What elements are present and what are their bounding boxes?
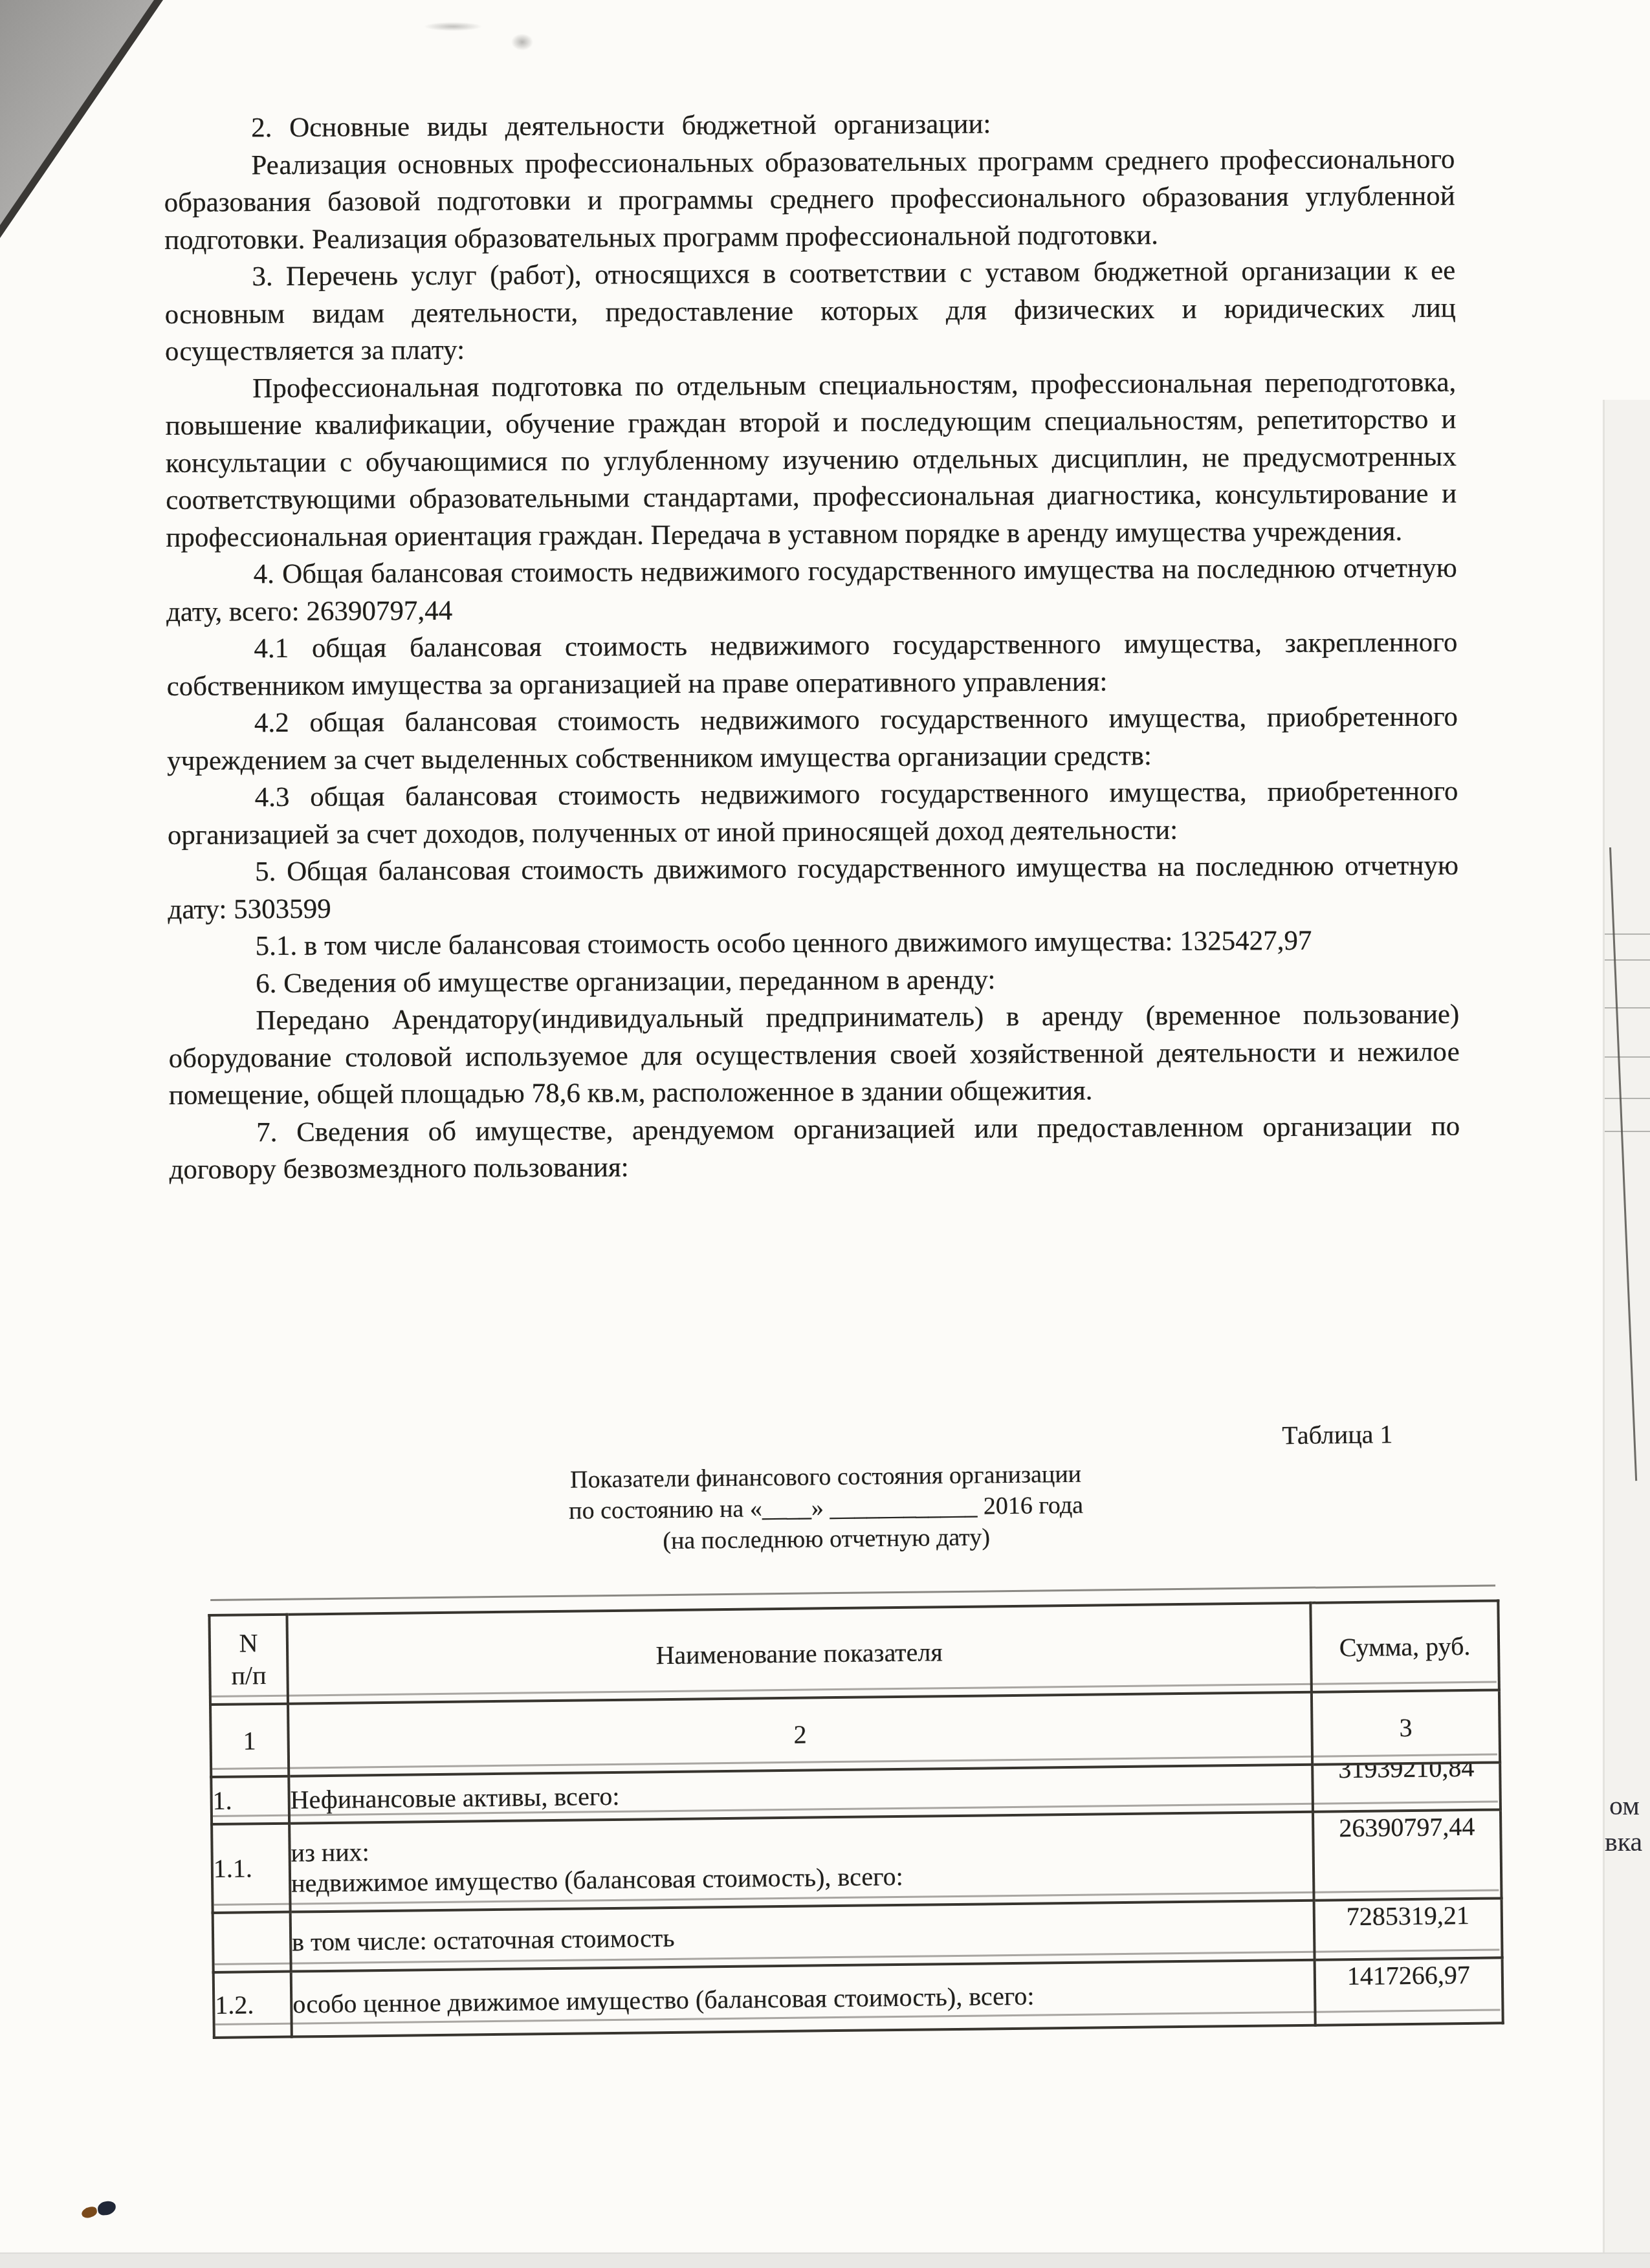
underlying-table-line: [1605, 1131, 1650, 1132]
ink-speck-dark: [97, 2201, 116, 2216]
header-num-line2: п/п: [231, 1661, 266, 1690]
para-item-4-3: 4.3 общая балансовая стоимость недвижимо…: [167, 773, 1458, 854]
header-cell-num: N п/п: [209, 1615, 288, 1705]
row-name-cell: особо ценное движимое имущество (балансо…: [291, 1960, 1315, 2037]
ink-speck-brown: [81, 2206, 98, 2219]
scanned-document-page: ом вка 2. Основные виды деятельности бюд…: [0, 0, 1650, 2268]
scan-smudge: [511, 34, 533, 50]
table-header-row: N п/п Наименование показателя Сумма, руб…: [209, 1600, 1499, 1705]
scan-smudge: [424, 22, 482, 31]
row-sum-cell: 26390797,44: [1313, 1809, 1502, 1900]
financial-indicators-table: N п/п Наименование показателя Сумма, руб…: [208, 1599, 1504, 2039]
row-sum-value: 1417266,97: [1347, 1960, 1470, 1990]
para-item-5-1: 5.1. в том числе балансовая стоимость ос…: [168, 922, 1459, 966]
document-body: 2. Основные виды деятельности бюджетной …: [164, 104, 1460, 1189]
para-item-7: 7. Сведения об имуществе, арендуемом орг…: [169, 1107, 1460, 1188]
scanner-edge-band: [0, 2252, 1650, 2268]
para-item-4: 4. Общая балансовая стоимость недвижимог…: [166, 550, 1458, 631]
column-number-cell: 2: [288, 1692, 1312, 1776]
para-activities-heading: 2. Основные виды деятельности бюджетной …: [164, 104, 1455, 147]
para-item-6-text: Передано Арендатору(индивидуальный предп…: [168, 996, 1460, 1115]
row-name-cell: в том числе: остаточная стоимость: [291, 1901, 1315, 1972]
row-sum-cell: 1417266,97: [1315, 1957, 1503, 2025]
para-item-6: 6. Сведения об имуществе организации, пе…: [168, 959, 1459, 1003]
column-number-cell: 3: [1312, 1690, 1500, 1764]
para-item-4-1: 4.1 общая балансовая стоимость недвижимо…: [166, 624, 1458, 705]
para-services-heading: 3. Перечень услуг (работ), относящихся в…: [164, 252, 1456, 371]
row-name-text: Нефинансовые активы, всего:: [290, 1773, 1311, 1815]
table-ghost-line: [210, 1584, 1495, 1601]
header-cell-sum: Сумма, руб.: [1310, 1600, 1499, 1692]
header-num-line1: N: [239, 1628, 258, 1657]
row-sum-cell: 31939210,84: [1312, 1762, 1501, 1811]
row-name-text: в том числе: остаточная стоимость: [292, 1915, 1313, 1957]
table-title: Показатели финансового состояния организ…: [1, 1452, 1650, 1564]
header-cell-name: Наименование показателя: [287, 1603, 1311, 1704]
para-item-5: 5. Общая балансовая стоимость движимого …: [168, 847, 1459, 928]
row-num-cell: 1.2.: [214, 1972, 292, 2038]
underlying-table-line: [1605, 1007, 1650, 1009]
table-row: 1.1. из них: недвижимое имущество (балан…: [212, 1809, 1501, 1913]
row-sum-value: 26390797,44: [1339, 1812, 1475, 1842]
row-sum-value: 31939210,84: [1338, 1762, 1475, 1784]
para-item-4-2: 4.2 общая балансовая стоимость недвижимо…: [167, 699, 1458, 780]
row-sum-cell: 7285319,21: [1314, 1898, 1502, 1959]
underlying-table-line: [1605, 1056, 1650, 1058]
underlying-table-line: [1605, 1098, 1650, 1099]
column-number-cell: 1: [210, 1704, 289, 1777]
row-name-text: особо ценное движимое имущество (балансо…: [292, 1978, 1314, 2020]
row-num-cell: 1.: [211, 1776, 289, 1824]
row-num-cell: [213, 1912, 291, 1972]
row-name-cell: из них: недвижимое имущество (балансовая…: [289, 1812, 1314, 1912]
row-num-cell: 1.1.: [212, 1824, 291, 1913]
para-services-text: Профессиональная подготовка по отдельным…: [165, 364, 1457, 556]
underlying-table-line: [1605, 959, 1650, 961]
underlying-table-line: [1605, 933, 1650, 935]
table-row: 1.2. особо ценное движимое имущество (ба…: [214, 1957, 1503, 2038]
para-activities-text: Реализация основных профессиональных обр…: [164, 140, 1455, 259]
table-number-label: Таблица 1: [1282, 1419, 1393, 1450]
financial-table-section: Таблица 1 Показатели финансового состоян…: [0, 1402, 1650, 2132]
row-sum-value: 7285319,21: [1347, 1901, 1469, 1931]
